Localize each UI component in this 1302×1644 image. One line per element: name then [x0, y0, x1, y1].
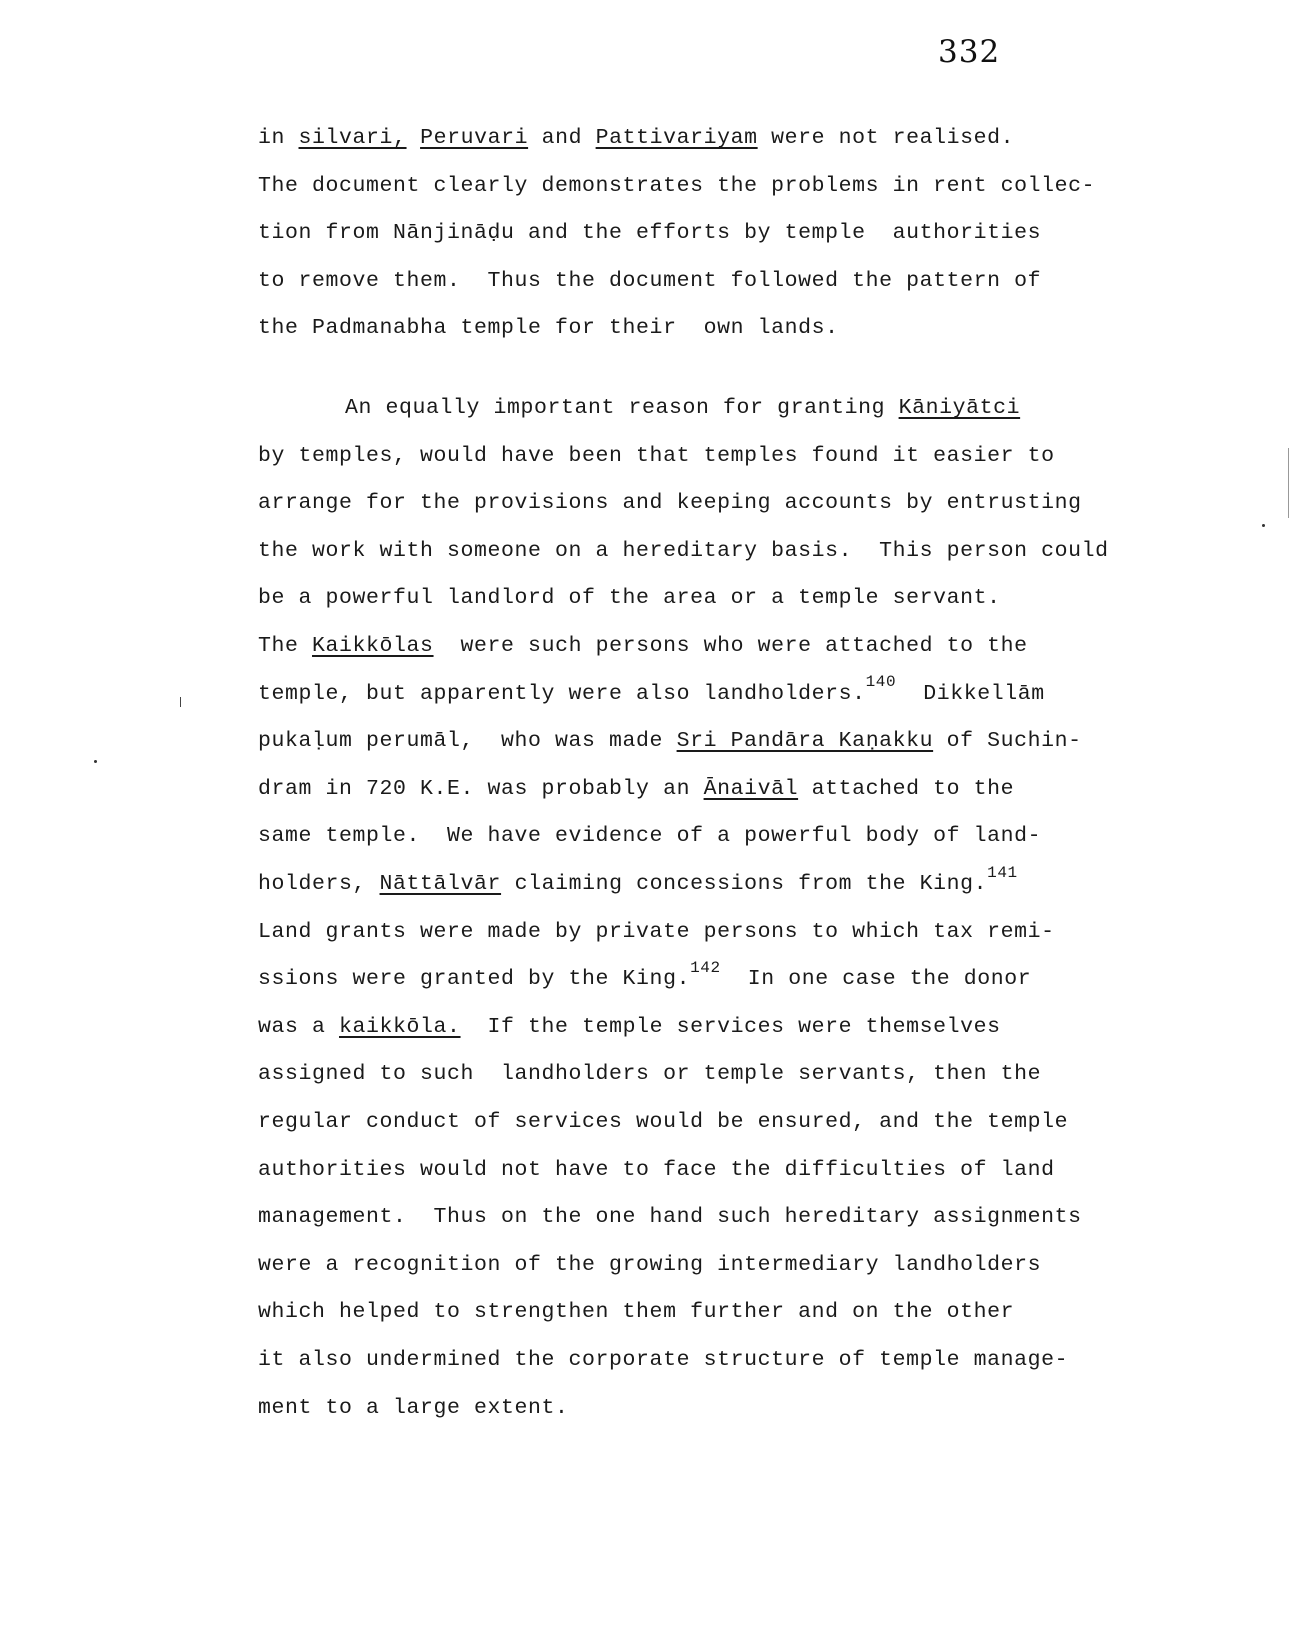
text-run: dram in 720 K.E. was probably an — [258, 777, 704, 801]
underlined-term: Kaikkōlas — [312, 634, 434, 658]
text-run: tion from Nānjināḍu and the efforts by t… — [258, 221, 1041, 245]
text-line: ssions were granted by the King.142 In o… — [258, 965, 1031, 993]
text-line: in silvari, Peruvari and Pattivariyam we… — [258, 124, 1014, 152]
text-line: tion from Nānjināḍu and the efforts by t… — [258, 219, 1041, 247]
text-run: was a — [258, 1015, 339, 1039]
scan-speck — [94, 760, 97, 763]
footnote-ref: 140 — [866, 673, 897, 691]
text-run: holders, — [258, 872, 380, 896]
underlined-term: kaikkōla. — [339, 1015, 461, 1039]
text-run: were a recognition of the growing interm… — [258, 1253, 1041, 1277]
text-line: management. Thus on the one hand such he… — [258, 1203, 1082, 1231]
text-line: be a powerful landlord of the area or a … — [258, 584, 1001, 612]
page-number: 332 — [938, 34, 1000, 70]
underlined-term: Kāniyātci — [899, 396, 1021, 420]
text-run: by temples, would have been that temples… — [258, 444, 1055, 468]
text-line: to remove them. Thus the document follow… — [258, 267, 1041, 295]
text-line: was a kaikkōla. If the temple services w… — [258, 1013, 1001, 1041]
text-line: The document clearly demonstrates the pr… — [258, 172, 1095, 200]
text-run: attached to the — [798, 777, 1014, 801]
text-run: claiming concessions from the King. — [501, 872, 987, 896]
underlined-term: Ānaivāl — [704, 777, 799, 801]
text-line: same temple. We have evidence of a power… — [258, 822, 1041, 850]
text-run: Dikkellām — [896, 682, 1045, 706]
text-run: be a powerful landlord of the area or a … — [258, 586, 1001, 610]
text-line: by temples, would have been that temples… — [258, 442, 1055, 470]
text-line: pukaḷum perumāl, who was made Sri Pandār… — [258, 727, 1082, 755]
text-run: An equally important reason for granting — [345, 396, 899, 420]
text-run: The — [258, 634, 312, 658]
text-run: temple, but apparently were also landhol… — [258, 682, 866, 706]
text-line: which helped to strengthen them further … — [258, 1298, 1014, 1326]
text-line: dram in 720 K.E. was probably an Ānaivāl… — [258, 775, 1014, 803]
text-run: it also undermined the corporate structu… — [258, 1348, 1068, 1372]
text-run: regular conduct of services would be ens… — [258, 1110, 1068, 1134]
underlined-term: Peruvari — [420, 126, 528, 150]
text-run: and — [528, 126, 596, 150]
text-run: The document clearly demonstrates the pr… — [258, 174, 1095, 198]
text-line: authorities would not have to face the d… — [258, 1156, 1055, 1184]
text-line: assigned to such landholders or temple s… — [258, 1060, 1041, 1088]
text-run: the work with someone on a hereditary ba… — [258, 539, 1109, 563]
text-run: management. Thus on the one hand such he… — [258, 1205, 1082, 1229]
underlined-term: Pattivariyam — [596, 126, 758, 150]
text-line: Land grants were made by private persons… — [258, 918, 1055, 946]
text-run: of Suchin- — [933, 729, 1082, 753]
text-line: the work with someone on a hereditary ba… — [258, 537, 1109, 565]
text-run: to remove them. Thus the document follow… — [258, 269, 1041, 293]
underlined-term: silvari, — [299, 126, 407, 150]
text-run: were such persons who were attached to t… — [434, 634, 1028, 658]
scan-mark — [180, 697, 181, 707]
footnote-ref: 142 — [690, 959, 721, 977]
text-run: In one case the donor — [721, 967, 1032, 991]
text-line: An equally important reason for granting… — [345, 394, 1020, 422]
underlined-term: Nāttālvār — [380, 872, 502, 896]
text-line: temple, but apparently were also landhol… — [258, 680, 1045, 708]
text-run: ssions were granted by the King. — [258, 967, 690, 991]
text-line: the Padmanabha temple for their own land… — [258, 314, 839, 342]
text-run: arrange for the provisions and keeping a… — [258, 491, 1082, 515]
text-run: If the temple services were themselves — [461, 1015, 1001, 1039]
text-line: regular conduct of services would be ens… — [258, 1108, 1068, 1136]
text-run: Land grants were made by private persons… — [258, 920, 1055, 944]
text-line: arrange for the provisions and keeping a… — [258, 489, 1082, 517]
text-run: in — [258, 126, 299, 150]
text-run: ment to a large extent. — [258, 1396, 569, 1420]
text-line: it also undermined the corporate structu… — [258, 1346, 1068, 1374]
text-run: were not realised. — [758, 126, 1015, 150]
text-run: which helped to strengthen them further … — [258, 1300, 1014, 1324]
text-line: holders, Nāttālvār claiming concessions … — [258, 870, 1018, 898]
text-run: the Padmanabha temple for their own land… — [258, 316, 839, 340]
text-line: ment to a large extent. — [258, 1394, 569, 1422]
underlined-term: Sri Pandāra Kaṇakku — [677, 729, 934, 753]
text-run: assigned to such landholders or temple s… — [258, 1062, 1041, 1086]
text-line: were a recognition of the growing interm… — [258, 1251, 1041, 1279]
scan-mark — [1288, 448, 1289, 518]
text-run: same temple. We have evidence of a power… — [258, 824, 1041, 848]
text-line: The Kaikkōlas were such persons who were… — [258, 632, 1028, 660]
scan-speck — [1262, 524, 1265, 527]
footnote-ref: 141 — [987, 864, 1018, 882]
text-run: pukaḷum perumāl, who was made — [258, 729, 677, 753]
text-run — [407, 126, 421, 150]
text-run: authorities would not have to face the d… — [258, 1158, 1055, 1182]
